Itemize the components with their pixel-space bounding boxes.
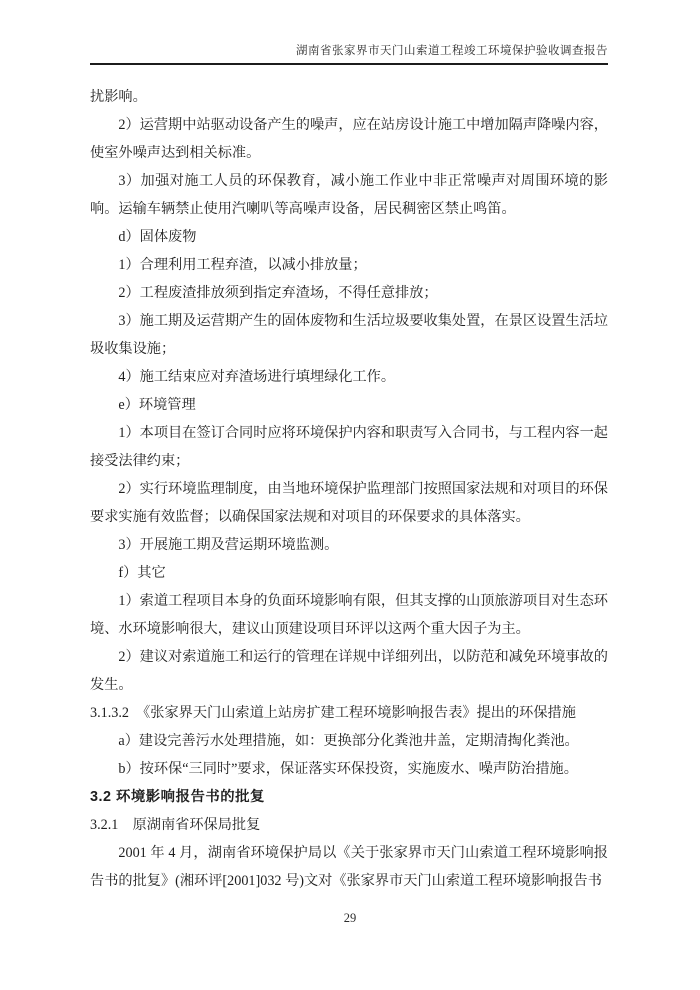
list-item-2: 2）建议对索道施工和运行的管理在详规中详细列出，以防范和减免环境事故的发生。 (90, 643, 608, 699)
list-item-4: 4）施工结束应对弃渣场进行填埋绿化工作。 (90, 363, 608, 391)
list-item-d: d）固体废物 (90, 223, 608, 251)
list-item-1: 1）索道工程项目本身的负面环境影响有限，但其支撑的山顶旅游项目对生态环境、水环境… (90, 587, 608, 643)
list-item-1: 1）合理利用工程弃渣，以减小排放量； (90, 251, 608, 279)
body-paragraph: 2）运营期中站驱动设备产生的噪声，应在站房设计施工中增加隔声降噪内容，使室外噪声… (90, 111, 608, 167)
document-page: 湖南省张家界市天门山索道工程竣工环境保护验收调查报告 扰影响。 2）运营期中站驱… (0, 0, 700, 990)
page-number: 29 (0, 911, 700, 926)
list-item-e: e）环境管理 (90, 391, 608, 419)
list-item-2: 2）实行环境监理制度，由当地环境保护监理部门按照国家法规和对项目的环保要求实施有… (90, 475, 608, 531)
document-body: 扰影响。 2）运营期中站驱动设备产生的噪声，应在站房设计施工中增加隔声降噪内容，… (90, 83, 608, 895)
body-paragraph: 2001 年 4 月，湖南省环境保护局以《关于张家界市天门山索道工程环境影响报告… (90, 839, 608, 895)
list-item-f: f）其它 (90, 559, 608, 587)
list-item-2: 2）工程废渣排放须到指定弃渣场，不得任意排放； (90, 279, 608, 307)
section-heading-3-2: 3.2 环境影响报告书的批复 (90, 783, 608, 811)
body-paragraph: 扰影响。 (90, 83, 608, 111)
list-item-a: a）建设完善污水处理措施，如：更换部分化粪池井盖，定期清掏化粪池。 (90, 727, 608, 755)
section-heading-3-1-3-2: 3.1.3.2 《张家界天门山索道上站房扩建工程环境影响报告表》提出的环保措施 (90, 699, 608, 727)
list-item-1: 1）本项目在签订合同时应将环境保护内容和职责写入合同书，与工程内容一起接受法律约… (90, 419, 608, 475)
list-item-3: 3）施工期及运营期产生的固体废物和生活垃圾要收集处置，在景区设置生活垃圾收集设施… (90, 307, 608, 363)
body-paragraph: 3）加强对施工人员的环保教育，减小施工作业中非正常噪声对周围环境的影响。运输车辆… (90, 167, 608, 223)
page-header-title: 湖南省张家界市天门山索道工程竣工环境保护验收调查报告 (90, 42, 608, 65)
list-item-3: 3）开展施工期及营运期环境监测。 (90, 531, 608, 559)
list-item-b: b）按环保“三同时”要求，保证落实环保投资，实施废水、噪声防治措施。 (90, 755, 608, 783)
section-heading-3-2-1: 3.2.1 原湖南省环保局批复 (90, 811, 608, 839)
